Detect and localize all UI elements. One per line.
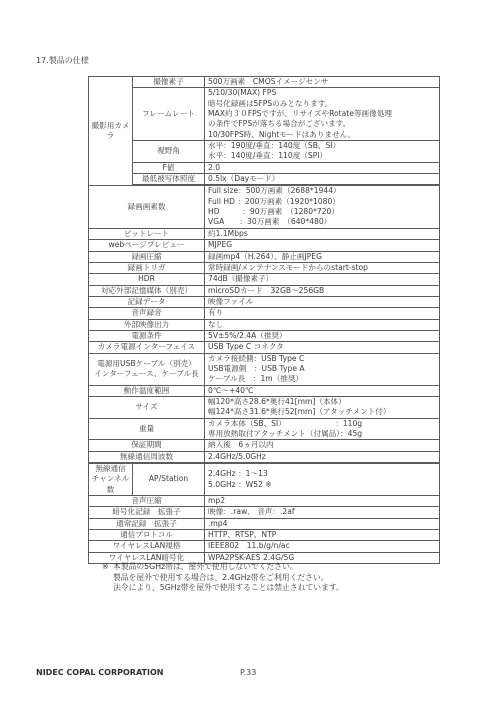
spec-row-recording-pixels: 録画画素数Full size：500万画素（2688*1944） Full HD…	[89, 185, 440, 228]
spec-row-wlan-standard: ワイヤレスLAN規格IEEE802 11.b/g/n/ac	[89, 541, 440, 552]
wlan-standard-value: IEEE802 11.b/g/n/ac	[205, 541, 440, 552]
recording-pixels-label: 録画画素数	[89, 185, 205, 228]
spec-row-recording-compression: 録画圧縮録画mp4（H.264）、静止画JPEG	[89, 251, 440, 262]
spec-row-size: サイズ幅120*高さ28.6*奥行41[mm]（本体） 幅124*高さ31.6*…	[89, 396, 440, 418]
spec-table-body: 撮影用カメラ撮像素子500万画素 CMOSイメージセンサフレームレート5/10/…	[89, 77, 440, 564]
wireless-frequency-value: 2.4GHz/5.0GHz	[205, 451, 440, 463]
protocols-label: 通信プロトコル	[89, 530, 205, 541]
spec-row-frame-rate: フレームレート5/10/30(MAX) FPS 暗号化録画は5FPSのみとなりま…	[89, 88, 440, 141]
audio-recording-value: 有り	[205, 308, 440, 319]
spec-row-wireless-channels: 無線通信 チャンネル数AP/Station2.4GHz ：1～13 5.0GHz…	[89, 463, 440, 496]
power-requirements-label: 電源条件	[89, 330, 205, 341]
normal-extension-label: 通常記録 拡張子	[89, 518, 205, 529]
image-sensor-label: 撮像素子	[133, 77, 205, 88]
spec-row-f-number: F値2.0	[89, 162, 440, 173]
operating-temperature-value: 0℃～+40℃	[205, 385, 440, 396]
spec-row-encrypted-extension: 暗号化記録 拡張子映像：.raw、 音声：.2af	[89, 507, 440, 518]
spec-row-camera-power-interface: カメラ電源インターフェイスUSB Type C コネクタ	[89, 342, 440, 353]
spec-row-audio-compression: 音声圧縮mp2	[89, 496, 440, 507]
spec-row-audio-recording: 音声録音有り	[89, 308, 440, 319]
camera-power-interface-value: USB Type C コネクタ	[205, 342, 440, 353]
spec-row-image-sensor: 撮影用カメラ撮像素子500万画素 CMOSイメージセンサ	[89, 77, 440, 88]
spec-row-warranty: 保証期間納入後 6ヵ月以内	[89, 440, 440, 451]
operating-temperature-label: 動作温度範囲	[89, 385, 205, 396]
recorded-data-label: 記録データ	[89, 296, 205, 307]
recording-trigger-label: 録画トリガ	[89, 262, 205, 273]
warranty-label: 保証期間	[89, 440, 205, 451]
spec-row-weight: 重量カメラ本体（SB、SI） ：110g 専用放熱取付アタッチメント（付属品）：…	[89, 418, 440, 440]
spec-row-protocols: 通信プロトコルHTTP、RTSP、NTP	[89, 530, 440, 541]
recording-trigger-value: 常時録画/メンテナンスモードからのstart-stop	[205, 262, 440, 273]
footnote: ※ 本製品の5GHz帯は、屋外で使用しないでください。 製品を屋外で使用する場合…	[102, 562, 344, 594]
spec-table-container: 撮影用カメラ撮像素子500万画素 CMOSイメージセンサフレームレート5/10/…	[88, 76, 439, 564]
spec-row-web-preview: webページプレビューMJPEG	[89, 240, 440, 251]
audio-recording-label: 音声録音	[89, 308, 205, 319]
size-value: 幅120*高さ28.6*奥行41[mm]（本体） 幅124*高さ31.6*奥行5…	[205, 396, 440, 418]
recording-compression-label: 録画圧縮	[89, 251, 205, 262]
spec-row-recorded-data: 記録データ映像ファイル	[89, 296, 440, 307]
spec-row-wireless-frequency: 無線通信周波数2.4GHz/5.0GHz	[89, 451, 440, 463]
field-of-view-value: 水平：190度/垂直：140度（SB、SI） 水平：140度/垂直：110度（S…	[205, 141, 440, 163]
encrypted-extension-label: 暗号化記録 拡張子	[89, 507, 205, 518]
weight-label: 重量	[89, 418, 205, 440]
spec-table: 撮影用カメラ撮像素子500万画素 CMOSイメージセンサフレームレート5/10/…	[88, 76, 440, 564]
usb-cable-value: カメラ接続側：USB Type C USB電源側 ：USB Type A ケーブ…	[205, 353, 440, 385]
spec-row-usb-cable: 電源用USBケーブル（別売） インターフェース、ケーブル長カメラ接続側：USB …	[89, 353, 440, 385]
footnote-line-3: 法令により、5GHz帯を屋外で使用することは禁止されています。	[113, 583, 344, 594]
spec-row-external-storage: 対応外部記憶媒体（別売）microSDカード 32GB～256GB	[89, 285, 440, 296]
min-illumination-label: 最低被写体照度	[133, 174, 205, 186]
spec-row-external-video-output: 外部映像出力なし	[89, 319, 440, 330]
normal-extension-value: .mp4	[205, 518, 440, 529]
camera-power-interface-label: カメラ電源インターフェイス	[89, 342, 205, 353]
wlan-standard-label: ワイヤレスLAN規格	[89, 541, 205, 552]
web-preview-label: webページプレビュー	[89, 240, 205, 251]
wireless-channels-sublabel: AP/Station	[133, 463, 205, 496]
warranty-value: 納入後 6ヵ月以内	[205, 440, 440, 451]
spec-row-power-requirements: 電源条件5V±5%/2.4A（推奨）	[89, 330, 440, 341]
bit-rate-value: 約1.1Mbps	[205, 228, 440, 239]
footnote-lines: 本製品の5GHz帯は、屋外で使用しないでください。 製品を屋外で使用する場合は、…	[113, 562, 344, 594]
min-illumination-value: 0.5lx（Dayモード）	[205, 174, 440, 186]
f-number-value: 2.0	[205, 162, 440, 173]
footnote-line-1: 本製品の5GHz帯は、屋外で使用しないでください。	[113, 562, 344, 573]
audio-compression-label: 音声圧縮	[89, 496, 205, 507]
field-of-view-label: 視野角	[133, 141, 205, 163]
external-storage-label: 対応外部記憶媒体（別売）	[89, 285, 205, 296]
usb-cable-label: 電源用USBケーブル（別売） インターフェース、ケーブル長	[89, 353, 205, 385]
wireless-frequency-label: 無線通信周波数	[89, 451, 205, 463]
audio-compression-value: mp2	[205, 496, 440, 507]
image-sensor-value: 500万画素 CMOSイメージセンサ	[205, 77, 440, 88]
web-preview-value: MJPEG	[205, 240, 440, 251]
recording-compression-value: 録画mp4（H.264）、静止画JPEG	[205, 251, 440, 262]
spec-row-recording-trigger: 録画トリガ常時録画/メンテナンスモードからのstart-stop	[89, 262, 440, 273]
power-requirements-value: 5V±5%/2.4A（推奨）	[205, 330, 440, 341]
recorded-data-value: 映像ファイル	[205, 296, 440, 307]
frame-rate-value: 5/10/30(MAX) FPS 暗号化録画は5FPSのみとなります。 MAX約…	[205, 88, 440, 141]
external-video-output-value: なし	[205, 319, 440, 330]
wireless-channels-value: 2.4GHz ：1～13 5.0GHz ：W52 ※	[205, 463, 440, 496]
external-video-output-label: 外部映像出力	[89, 319, 205, 330]
bit-rate-label: ビットレート	[89, 228, 205, 239]
company-name: NIDEC COPAL CORPORATION	[36, 668, 163, 677]
hdr-value: 74dB（撮像素子）	[205, 274, 440, 285]
spec-row-min-illumination: 最低被写体照度0.5lx（Dayモード）	[89, 174, 440, 186]
weight-value: カメラ本体（SB、SI） ：110g 専用放熱取付アタッチメント（付属品）：45…	[205, 418, 440, 440]
footnote-marker: ※	[102, 562, 113, 594]
page-title: 17.製品の仕様	[36, 56, 89, 66]
spec-row-hdr: HDR74dB（撮像素子）	[89, 274, 440, 285]
frame-rate-label: フレームレート	[133, 88, 205, 141]
wireless-channels-label: 無線通信 チャンネル数	[89, 463, 133, 496]
spec-row-normal-extension: 通常記録 拡張子.mp4	[89, 518, 440, 529]
size-label: サイズ	[89, 396, 205, 418]
hdr-label: HDR	[89, 274, 205, 285]
protocols-value: HTTP、RTSP、NTP	[205, 530, 440, 541]
encrypted-extension-value: 映像：.raw、 音声：.2af	[205, 507, 440, 518]
spec-row-operating-temperature: 動作温度範囲0℃～+40℃	[89, 385, 440, 396]
page-number: P.33	[240, 668, 256, 677]
f-number-label: F値	[133, 162, 205, 173]
spec-row-bit-rate: ビットレート約1.1Mbps	[89, 228, 440, 239]
external-storage-value: microSDカード 32GB～256GB	[205, 285, 440, 296]
group-label-camera: 撮影用カメラ	[89, 77, 133, 186]
footnote-line-2: 製品を屋外で使用する場合は、2.4GHz帯をご利用ください。	[113, 573, 344, 584]
recording-pixels-value: Full size：500万画素（2688*1944） Full HD ：200…	[205, 185, 440, 228]
spec-row-field-of-view: 視野角水平：190度/垂直：140度（SB、SI） 水平：140度/垂直：110…	[89, 141, 440, 163]
